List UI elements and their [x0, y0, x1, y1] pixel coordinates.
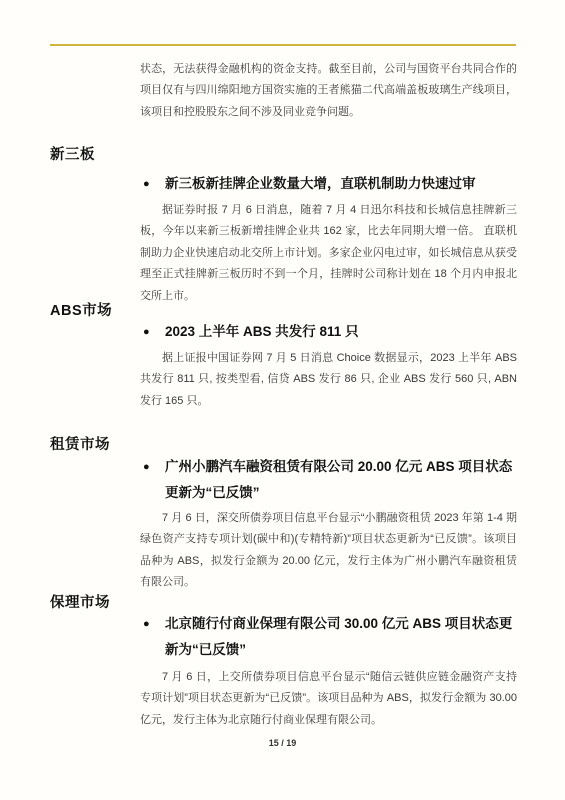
news-item-title-row: ● 广州小鹏汽车融资租赁有限公司 20.00 亿元 ABS 项目状态更新为“已反… [143, 454, 517, 506]
bullet-icon: ● [143, 611, 165, 637]
news-item-title: 2023 上半年 ABS 共发行 811 只 [165, 319, 517, 345]
news-item-body: 7 月 6 日，上交所债券项目信息平台显示“随信云链供应链金融资产支持专项计划”… [140, 667, 517, 731]
news-item-title-row: ● 新三板新挂牌企业数量大增，直联机制助力快速过审 [143, 171, 517, 197]
news-item-title: 北京随行付商业保理有限公司 30.00 亿元 ABS 项目状态更新为“已反馈” [165, 611, 517, 663]
continuation-paragraph: 状态，无法获得金融机构的资金支持。截至目前，公司与国资平台共同合作的项目仅有与四… [140, 59, 517, 123]
section-label-neeq: 新三板 [50, 143, 95, 164]
news-item-title-row: ● 2023 上半年 ABS 共发行 811 只 [143, 319, 517, 345]
section-label-abs-market: ABS市场 [50, 299, 112, 320]
header-divider [50, 44, 516, 46]
document-page: 状态，无法获得金融机构的资金支持。截至目前，公司与国资平台共同合作的项目仅有与四… [0, 0, 565, 800]
news-item-title-row: ● 北京随行付商业保理有限公司 30.00 亿元 ABS 项目状态更新为“已反馈… [143, 611, 517, 663]
news-item-body: 7 月 6 日，深交所债券项目信息平台显示“小鹏融资租赁 2023 年第 1-4… [140, 508, 517, 594]
section-label-leasing-market: 租赁市场 [50, 433, 110, 454]
bullet-icon: ● [143, 454, 165, 480]
news-item-body: 据证券时报 7 月 6 日消息，随着 7 月 4 日迅尔科技和长城信息挂牌新三板… [140, 200, 517, 307]
bullet-icon: ● [143, 319, 165, 345]
bullet-icon: ● [143, 171, 165, 197]
section-label-factoring-market: 保理市场 [50, 591, 110, 612]
news-item-body: 据上证报中国证券网 7 月 5 日消息 Choice 数据显示，2023 上半年… [140, 348, 517, 412]
page-number: 15 / 19 [0, 738, 565, 748]
news-item-title: 广州小鹏汽车融资租赁有限公司 20.00 亿元 ABS 项目状态更新为“已反馈” [165, 454, 517, 506]
news-item-title: 新三板新挂牌企业数量大增，直联机制助力快速过审 [165, 171, 517, 197]
